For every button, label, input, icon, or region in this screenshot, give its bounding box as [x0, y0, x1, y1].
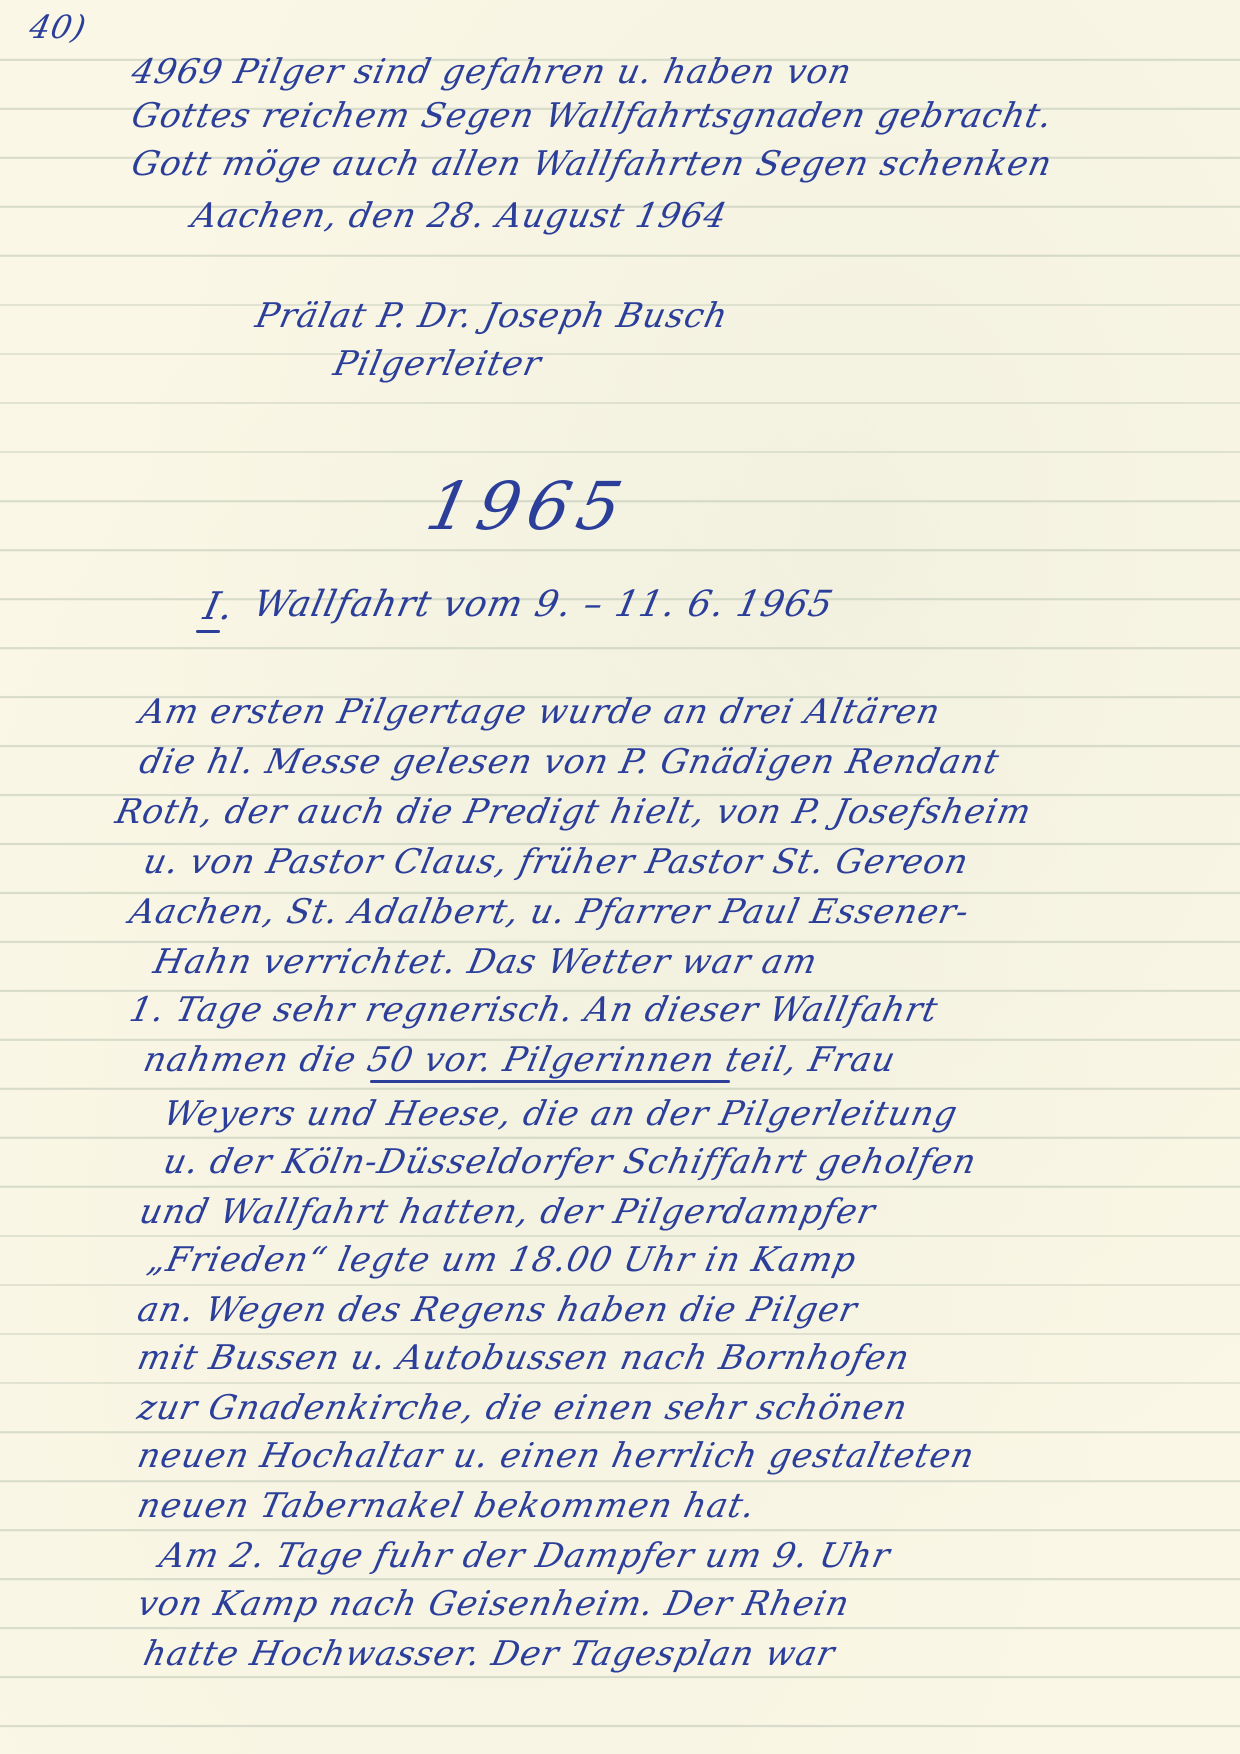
body-line: Roth, der auch die Predigt hielt, von P.… [112, 792, 1035, 832]
body-line: zur Gnadenkirche, die einen sehr schönen [134, 1388, 911, 1428]
body-line: „Frieden“ legte um 18.00 Uhr in Kamp [144, 1240, 860, 1280]
body-line: Aachen, St. Adalbert, u. Pfarrer Paul Es… [126, 892, 973, 932]
closing-line: Gottes reichem Segen Wallfahrtsgnaden ge… [128, 96, 1056, 136]
body-line: die hl. Messe gelesen von P. Gnädigen Re… [136, 742, 1003, 782]
signature-title: Pilgerleiter [330, 344, 545, 384]
body-line: u. der Köln-Düsseldorfer Schiffahrt geho… [160, 1142, 980, 1182]
year-heading: 1965 [420, 468, 636, 545]
body-line: und Wallfahrt hatten, der Pilgerdampfer [136, 1192, 879, 1232]
emphasis-underline [370, 1080, 730, 1083]
page-number: 40) [26, 8, 90, 46]
body-line: Hahn verrichtet. Das Wetter war am [150, 942, 821, 982]
body-line: hatte Hochwasser. Der Tagesplan war [140, 1634, 839, 1674]
body-line: Weyers und Heese, die an der Pilgerleitu… [160, 1094, 961, 1134]
body-line: nahmen die 50 vor. Pilgerinnen teil, Fra… [140, 1040, 900, 1080]
body-line: mit Bussen u. Autobussen nach Bornhofen [134, 1338, 914, 1378]
body-line: u. von Pastor Claus, früher Pastor St. G… [140, 842, 972, 882]
closing-line: Gott möge auch allen Wallfahrten Segen s… [128, 144, 1056, 184]
body-line: Am 2. Tage fuhr der Dampfer um 9. Uhr [156, 1536, 894, 1576]
date-line: Aachen, den 28. August 1964 [188, 196, 731, 236]
body-line: von Kamp nach Geisenheim. Der Rhein [134, 1584, 853, 1624]
body-line: Am ersten Pilgertage wurde an drei Altär… [136, 692, 944, 732]
body-line: 1. Tage sehr regnerisch. An dieser Wallf… [126, 990, 942, 1030]
signature-name: Prälat P. Dr. Joseph Busch [252, 296, 732, 336]
closing-line: 4969 Pilger sind gefahren u. haben von [128, 52, 856, 92]
body-line: an. Wegen des Regens haben die Pilger [134, 1290, 861, 1330]
body-line: neuen Tabernakel bekommen hat. [134, 1486, 759, 1526]
section-title: Wallfahrt vom 9. – 11. 6. 1965 [250, 584, 837, 625]
numeral-underline [196, 630, 220, 633]
body-line: neuen Hochaltar u. einen herrlich gestal… [134, 1436, 978, 1476]
